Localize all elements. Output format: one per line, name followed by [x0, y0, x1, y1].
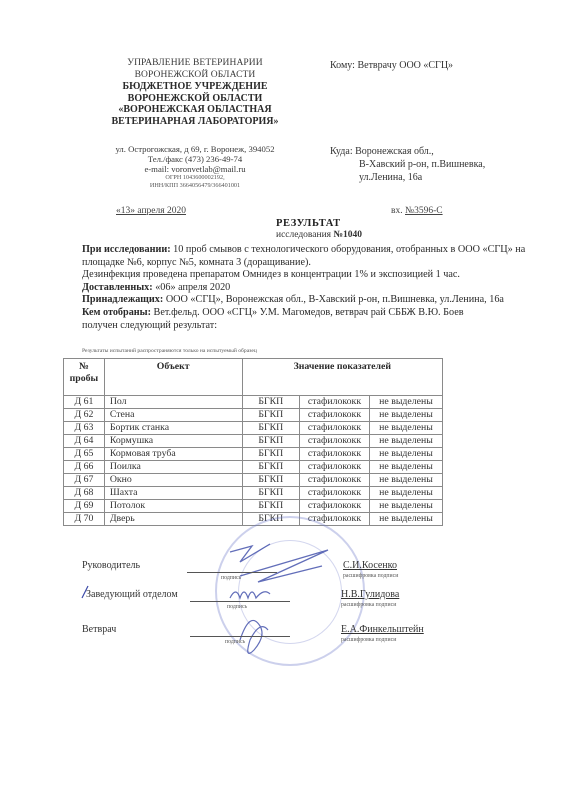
cell-object: Шахта	[104, 487, 242, 500]
results-table: № пробы Объект Значение показателей Д 61…	[63, 358, 443, 526]
document-title: РЕЗУЛЬТАТ	[276, 218, 341, 229]
signature-line	[190, 601, 290, 602]
recipient-where-line: В-Хавский р-он, п.Вишневка,	[330, 158, 485, 171]
org-line-bold: «ВОРОНЕЖСКАЯ ОБЛАСТНАЯ	[80, 104, 310, 116]
signature-name-caption: расшифровка подписи	[343, 573, 398, 579]
cell-sample-number: Д 63	[64, 422, 105, 435]
cell-object: Кормовая труба	[104, 448, 242, 461]
recipient-address: Куда: Воронежская обл., В-Хавский р-он, …	[330, 145, 485, 184]
reference-value: №3596-С	[405, 206, 443, 216]
table-row: Д 66ПоилкаБГКПстафилококкне выделены	[64, 461, 443, 474]
owner-label: Принадлежащих:	[82, 294, 163, 305]
table-row: Д 61ПолБГКПстафилококкне выделены	[64, 396, 443, 409]
org-line: УПРАВЛЕНИЕ ВЕТЕРИНАРИИ	[80, 58, 310, 70]
cell-organism: стафилококк	[300, 487, 370, 500]
signature-line	[187, 572, 277, 573]
cell-object: Окно	[104, 474, 242, 487]
table-row: Д 69ПотолокБГКПстафилококкне выделены	[64, 500, 443, 513]
cell-test: БГКП	[242, 474, 299, 487]
delivered-text: «06» апреля 2020	[153, 282, 231, 293]
cell-organism: стафилококк	[300, 435, 370, 448]
org-ogrn: ОГРН 1043600002192,	[80, 174, 310, 182]
owner-text: ООО «СГЦ», Воронежская обл., В-Хавский р…	[163, 294, 504, 305]
owner-paragraph: Принадлежащих: ООО «СГЦ», Воронежская об…	[82, 294, 532, 307]
cell-result: не выделены	[369, 487, 442, 500]
header-object: Объект	[104, 359, 242, 396]
cell-sample-number: Д 70	[64, 513, 105, 526]
disinfection-text: Дезинфекция проведена препаратом Омнидез…	[82, 269, 532, 282]
cell-test: БГКП	[242, 435, 299, 448]
reference-number: вх. №3596-С	[391, 206, 443, 216]
cell-test: БГКП	[242, 422, 299, 435]
signature-name-vet: Е.А.Финкельштейн	[341, 624, 424, 635]
cell-test: БГКП	[242, 461, 299, 474]
signature-name-department: Н.В.Гулидова	[341, 589, 399, 600]
reference-prefix: вх.	[391, 206, 405, 216]
signature-role-department: Заведующий отделом	[86, 589, 178, 600]
delivered-label: Доставленных:	[82, 282, 153, 293]
cell-object: Бортик станка	[104, 422, 242, 435]
organization-contacts: ул. Острогожская, д 69, г. Воронеж, 3940…	[80, 144, 310, 190]
results-note: Результаты испытаний распространяются то…	[82, 348, 257, 354]
organization-header: УПРАВЛЕНИЕ ВЕТЕРИНАРИИ ВОРОНЕЖСКОЙ ОБЛАС…	[80, 58, 310, 127]
cell-organism: стафилококк	[300, 422, 370, 435]
signature-caption: подпись	[227, 604, 247, 610]
cell-organism: стафилококк	[300, 474, 370, 487]
cell-object: Пол	[104, 396, 242, 409]
cell-test: БГКП	[242, 448, 299, 461]
delivered-paragraph: Доставленных: «06» апреля 2020	[82, 282, 532, 295]
cell-test: БГКП	[242, 409, 299, 422]
org-line-bold: ВОРОНЕЖСКОЙ ОБЛАСТИ	[80, 93, 310, 105]
cell-sample-number: Д 64	[64, 435, 105, 448]
signature-name-caption: расшифровка подписи	[341, 602, 396, 608]
cell-test: БГКП	[242, 487, 299, 500]
signature-role-vet: Ветврач	[82, 624, 116, 635]
signature-line	[190, 636, 290, 637]
signature-name-head: С.И.Косенко	[343, 560, 397, 571]
signature-caption: подпись	[225, 639, 245, 645]
cell-result: не выделены	[369, 500, 442, 513]
cell-organism: стафилококк	[300, 409, 370, 422]
table-row: Д 65Кормовая трубаБГКПстафилококкне выде…	[64, 448, 443, 461]
header-values: Значение показателей	[242, 359, 442, 396]
cell-object: Поилка	[104, 461, 242, 474]
cell-sample-number: Д 62	[64, 409, 105, 422]
recipient-where-line: ул.Ленина, 16а	[330, 171, 485, 184]
document-subtitle: исследования №1040	[276, 230, 362, 240]
header-sample-number: № пробы	[64, 359, 105, 396]
org-line-bold: ВЕТЕРИНАРНАЯ ЛАБОРАТОРИЯ»	[80, 116, 310, 128]
cell-sample-number: Д 68	[64, 487, 105, 500]
signature-role-head: Руководитель	[82, 560, 140, 571]
research-number: №1040	[333, 230, 362, 240]
signature-caption: подпись	[221, 575, 241, 581]
result-intro: получен следующий результат:	[82, 320, 532, 333]
research-label: При исследовании:	[82, 244, 171, 255]
signature-name-caption: расшифровка подписи	[341, 637, 396, 643]
cell-result: не выделены	[369, 513, 442, 526]
cell-organism: стафилококк	[300, 500, 370, 513]
recipient-to: Кому: Ветврачу ООО «СГЦ»	[330, 60, 453, 71]
cell-result: не выделены	[369, 396, 442, 409]
cell-result: не выделены	[369, 448, 442, 461]
cell-object: Кормушка	[104, 435, 242, 448]
table-row: Д 63Бортик станкаБГКПстафилококкне выдел…	[64, 422, 443, 435]
cell-result: не выделены	[369, 435, 442, 448]
cell-test: БГКП	[242, 396, 299, 409]
subtitle-prefix: исследования	[276, 230, 333, 240]
cell-result: не выделены	[369, 461, 442, 474]
cell-organism: стафилококк	[300, 448, 370, 461]
cell-sample-number: Д 66	[64, 461, 105, 474]
cell-result: не выделены	[369, 422, 442, 435]
document-date: «13» апреля 2020	[116, 206, 186, 216]
cell-result: не выделены	[369, 409, 442, 422]
research-paragraph: При исследовании: 10 проб смывов с техно…	[82, 244, 532, 269]
cell-object: Дверь	[104, 513, 242, 526]
sampled-text: Вет.фельд. ООО «СГЦ» У.М. Магомедов, вет…	[151, 307, 464, 318]
org-line: ВОРОНЕЖСКОЙ ОБЛАСТИ	[80, 70, 310, 82]
org-line-bold: БЮДЖЕТНОЕ УЧРЕЖДЕНИЕ	[80, 81, 310, 93]
sampled-label: Кем отобраны:	[82, 307, 151, 318]
document-body: При исследовании: 10 проб смывов с техно…	[82, 244, 532, 332]
table-row: Д 67ОкноБГКПстафилококкне выделены	[64, 474, 443, 487]
table-row: Д 62СтенаБГКПстафилококкне выделены	[64, 409, 443, 422]
cell-sample-number: Д 67	[64, 474, 105, 487]
cell-result: не выделены	[369, 474, 442, 487]
cell-sample-number: Д 69	[64, 500, 105, 513]
table-row: Д 68ШахтаБГКПстафилококкне выделены	[64, 487, 443, 500]
cell-object: Потолок	[104, 500, 242, 513]
cell-object: Стена	[104, 409, 242, 422]
org-email: e-mail: voronvetlab@mail.ru	[80, 164, 310, 174]
sampled-paragraph: Кем отобраны: Вет.фельд. ООО «СГЦ» У.М. …	[82, 307, 532, 320]
recipient-where-label: Куда: Воронежская обл.,	[330, 146, 434, 157]
cell-organism: стафилококк	[300, 461, 370, 474]
table-row: Д 70ДверьБГКПстафилококкне выделены	[64, 513, 443, 526]
cell-sample-number: Д 65	[64, 448, 105, 461]
org-address: ул. Острогожская, д 69, г. Воронеж, 3940…	[80, 144, 310, 154]
org-phone: Тел./факс (473) 236-49-74	[80, 154, 310, 164]
cell-test: БГКП	[242, 500, 299, 513]
table-row: Д 64КормушкаБГКПстафилококкне выделены	[64, 435, 443, 448]
cell-organism: стафилококк	[300, 396, 370, 409]
org-inn-kpp: ИНН/КПП 3664056479/366401001	[80, 182, 310, 190]
table-header-row: № пробы Объект Значение показателей	[64, 359, 443, 396]
cell-sample-number: Д 61	[64, 396, 105, 409]
